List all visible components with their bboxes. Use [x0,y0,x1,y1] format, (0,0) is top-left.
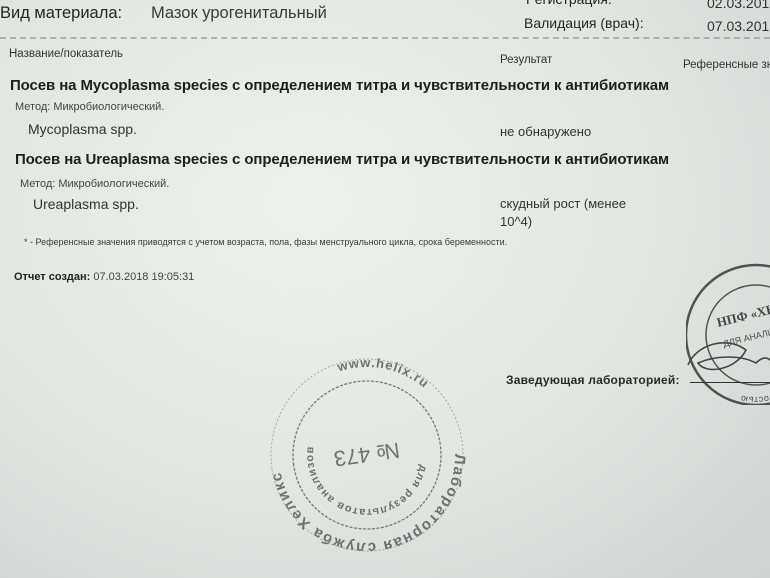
report-created-value: 07.03.2018 19:05:31 [93,271,194,283]
validation-label: Валидация (врач): [524,15,644,31]
registration-label: Регистрация: [526,0,612,7]
column-header-name: Название/показатель [9,48,123,60]
reference-footnote: * - Референсные значения приводятся с уч… [24,237,507,247]
lab-head-signature-label: Заведующая лабораторией: [506,373,680,387]
result-mycoplasma: не обнаружено [500,124,591,139]
analyte-mycoplasma: Mycoplasma spp. [28,121,137,137]
round-stamp-url: www.helix.ru [334,355,433,403]
test-title-ureaplasma: Посев на Ureaplasma species с определени… [15,151,669,168]
analyte-ureaplasma: Ureaplasma spp. [33,196,139,212]
material-label: Вид материала: [0,4,122,23]
header-divider [0,37,770,39]
result-ureaplasma-line1: скудный рост (менее [500,196,626,211]
test-title-mycoplasma: Посев на Mycoplasma species с определени… [10,77,669,94]
material-value: Мазок урогенитальный [151,4,327,23]
report-created-label: Отчет создан: [14,271,90,283]
column-header-result: Результат [500,54,552,66]
organization-stamp: с ограниченной ответственностью НПФ «ХЕЛ… [686,255,770,405]
svg-text:www.helix.ru: www.helix.ru [334,355,433,403]
result-ureaplasma-line2: 10^4) [500,214,532,229]
registration-value: 02.03.2018 [707,0,770,11]
report-created: Отчет создан: 07.03.2018 19:05:31 [14,271,194,283]
round-stamp-number: № 473 [332,438,401,472]
test-method-ureaplasma: Метод: Микробиологический. [20,178,169,190]
column-header-reference: Референсные значения [683,59,770,71]
validation-value: 07.03.2018 [707,18,770,34]
lab-round-stamp: Лабораторная служба Хеликс www.helix.ru … [267,355,467,555]
test-method-mycoplasma: Метод: Микробиологический. [15,101,164,113]
